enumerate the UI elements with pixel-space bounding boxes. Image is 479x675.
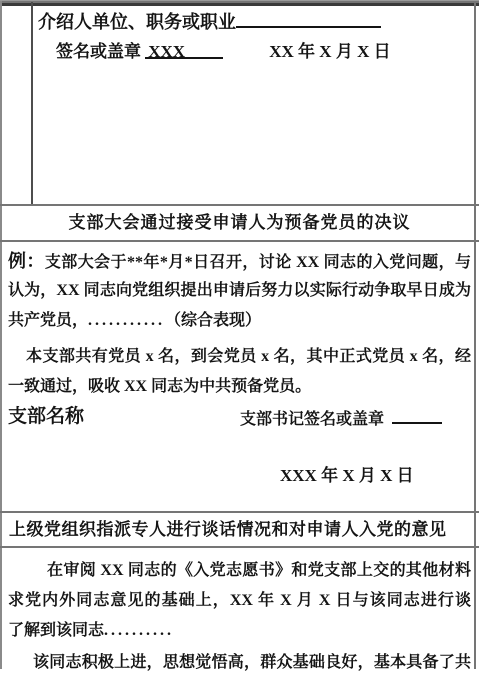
- outer-border-left: [0, 1, 2, 669]
- resolution-p1-line3: 共产党员，...........（综合表现）: [8, 306, 471, 336]
- intro-sign-value-underlined: XXX: [145, 42, 223, 59]
- resolution-p2-line2: 一致通过，吸收 XX 同志为中共预备党员。: [8, 372, 471, 402]
- resolution-p1-line3-text: 共产党员，: [8, 312, 88, 329]
- outer-border-top: [0, 1, 479, 3]
- branch-signature-row: 支部名称 支部书记签名或盖章: [8, 404, 471, 432]
- branch-name-label: 支部名称: [8, 404, 84, 430]
- talk-ellipsis-dots: ..........: [104, 622, 174, 639]
- resolution-p1-line3-note: （综合表现）: [165, 312, 261, 329]
- intro-org-label: 介绍人单位、职务或职业: [38, 12, 236, 32]
- intro-date: XX 年 X 月 X 日: [269, 42, 390, 61]
- talk-p1-line2: 求党内外同志意见的基础上，XX 年 X 月 X 日与该同志进行谈话，通过考察，: [8, 586, 471, 616]
- resolution-example-lead: 例：: [8, 251, 45, 271]
- party-membership-form-page: 介绍人单位、职务或职业 签名或盖章 XXXXX 年 X 月 X 日 支部大会通过…: [0, 0, 479, 675]
- talk-p1-line3: 了解到该同志..........: [8, 616, 471, 646]
- resolution-p1-line1-text: 支部大会于**年*月*日召开，讨论 XX 同志的入党问题，与会同志: [8, 254, 471, 276]
- resolution-body: 例：支部大会于**年*月*日召开，讨论 XX 同志的入党问题，与会同志 认为，X…: [8, 242, 471, 511]
- resolution-ellipsis-dots: ...........: [88, 312, 165, 329]
- secretary-sign-line: 支部书记签名或盖章: [240, 406, 442, 432]
- talk-p1-line1: 在审阅 XX 同志的《入党志愿书》和党支部上交的其他材料并个别征: [8, 556, 471, 586]
- intro-org-line: 介绍人单位、职务或职业: [38, 8, 381, 34]
- resolution-p2-line1: 本支部共有党员 x 名，到会党员 x 名，其中正式党员 x 名，经举手表决，: [8, 342, 471, 372]
- outer-border-right: [474, 1, 476, 669]
- talk-body: 在审阅 XX 同志的《入党志愿书》和党支部上交的其他材料并个别征 求党内外同志意…: [8, 548, 471, 669]
- resolution-p1-line1: 例：支部大会于**年*月*日召开，讨论 XX 同志的入党问题，与会同志: [8, 246, 471, 276]
- intro-sign-line: 签名或盖章 XXXXX 年 X 月 X 日: [56, 37, 391, 62]
- secretary-sign-label: 支部书记签名或盖章: [240, 411, 384, 428]
- talk-section-title: 上级党组织指派专人进行谈话情况和对申请人入党的意见: [0, 513, 479, 546]
- talk-p1-line3-text: 了解到该同志: [8, 622, 104, 639]
- talk-p2-line1: 该同志积极上进，思想觉悟高，群众基础良好，基本具备了共产党员的标: [8, 648, 471, 675]
- intro-sign-label: 签名或盖章: [56, 42, 141, 61]
- resolution-section-title: 支部大会通过接受申请人为预备党员的决议: [0, 206, 479, 240]
- secretary-sign-underline: [392, 406, 442, 424]
- resolution-p1-line2: 认为，XX 同志向党组织提出申请后努力以实际行动争取早日成为一名光荣的: [8, 276, 471, 306]
- intro-org-underline: [236, 9, 381, 28]
- intro-cell-column-divider: [31, 2, 33, 205]
- resolution-date: XXX 年 X 月 X 日: [280, 461, 414, 491]
